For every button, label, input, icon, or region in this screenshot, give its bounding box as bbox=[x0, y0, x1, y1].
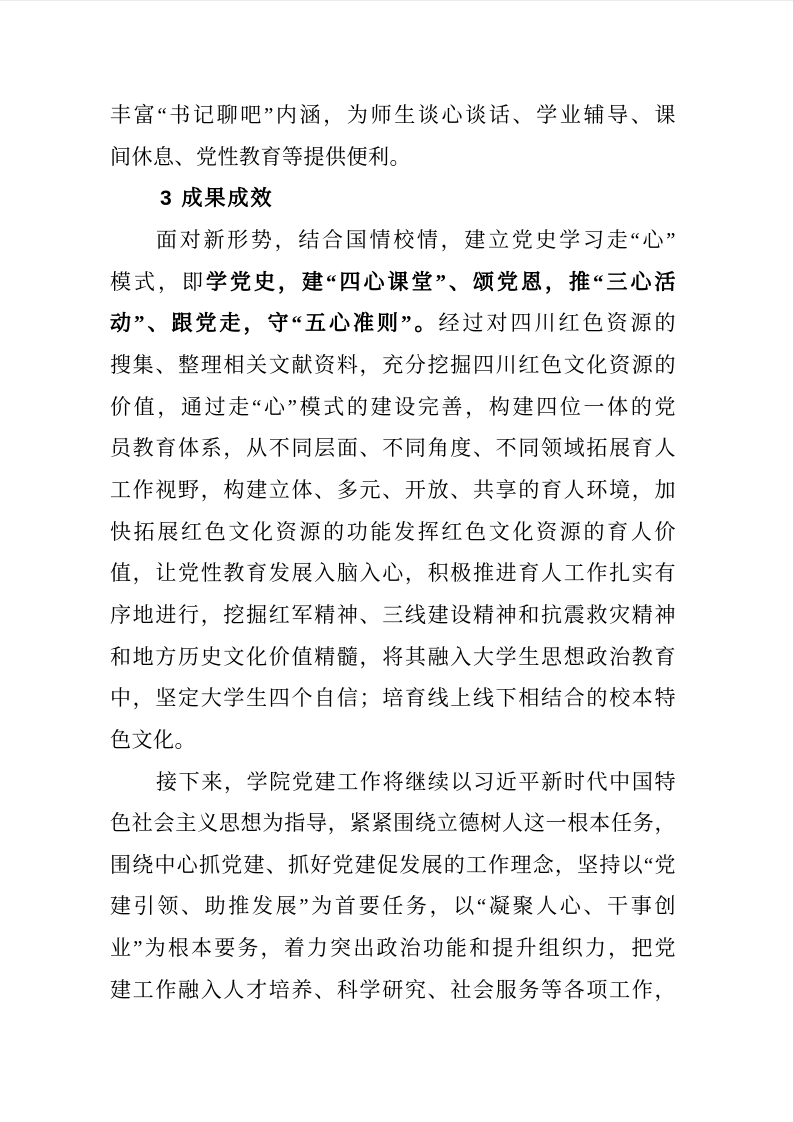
text-segment: 建引领、助推发展”为首要任务，以“凝聚人心、干事创 bbox=[110, 894, 676, 918]
text-segment: 模式，即 bbox=[110, 270, 206, 294]
text-segment: 序地进行，挖掘红军精神、三线建设精神和抗震救灾精神 bbox=[110, 603, 676, 627]
text-line: 色文化。 bbox=[110, 720, 676, 762]
text-line: 搜集、整理相关文献资料，充分挖掘四川红色文化资源的 bbox=[110, 345, 676, 387]
text-line: 面对新形势，结合国情校情，建立党史学习走“心” bbox=[110, 220, 676, 262]
text-segment: 工作视野，构建立体、多元、开放、共享的育人环境，加 bbox=[110, 478, 676, 502]
bold-text-segment: 动”、跟党走，守“五心准则”。 bbox=[110, 311, 439, 335]
section-heading-label: 3 成果成效 bbox=[160, 187, 274, 210]
text-segment: 快拓展红色文化资源的功能发挥红色文化资源的育人价 bbox=[110, 520, 676, 544]
text-segment: 间休息、党性教育等提供便利。 bbox=[110, 145, 411, 169]
text-line: 值，让党性教育发展入脑入心，积极推进育人工作扎实有 bbox=[110, 553, 676, 595]
text-line: 接下来，学院党建工作将继续以习近平新时代中国特 bbox=[110, 762, 676, 804]
text-segment: 中，坚定大学生四个自信；培育线上线下相结合的校本特 bbox=[110, 686, 676, 710]
text-segment: 面对新形势，结合国情校情，建立党史学习走“心” bbox=[156, 228, 676, 252]
text-segment: 业”为根本要务，着力突出政治功能和提升组织力，把党 bbox=[110, 936, 676, 960]
text-segment: 价值，通过走“心”模式的建设完善，构建四位一体的党 bbox=[110, 395, 676, 419]
document-page: 丰富“书记聊吧”内涵，为师生谈心谈话、学业辅导、课间休息、党性教育等提供便利。3… bbox=[0, 0, 793, 1122]
text-segment: 丰富“书记聊吧”内涵，为师生谈心谈话、学业辅导、课 bbox=[110, 103, 676, 127]
text-line: 模式，即学党史，建“四心课堂”、颂党恩，推“三心活 bbox=[110, 262, 676, 304]
text-line: 动”、跟党走，守“五心准则”。经过对四川红色资源的 bbox=[110, 303, 676, 345]
text-line: 围绕中心抓党建、抓好党建促发展的工作理念，坚持以“党 bbox=[110, 845, 676, 887]
text-line: 中，坚定大学生四个自信；培育线上线下相结合的校本特 bbox=[110, 678, 676, 720]
document-body: 丰富“书记聊吧”内涵，为师生谈心谈话、学业辅导、课间休息、党性教育等提供便利。3… bbox=[110, 95, 676, 1011]
text-segment: 建工作融入人才培养、科学研究、社会服务等各项工作， bbox=[110, 978, 676, 1002]
text-line: 和地方历史文化价值精髓，将其融入大学生思想政治教育 bbox=[110, 637, 676, 679]
text-segment: 色社会主义思想为指导，紧紧围绕立德树人这一根本任务， bbox=[110, 811, 676, 835]
text-line: 工作视野，构建立体、多元、开放、共享的育人环境，加 bbox=[110, 470, 676, 512]
text-segment: 值，让党性教育发展入脑入心，积极推进育人工作扎实有 bbox=[110, 561, 676, 585]
text-segment: 接下来，学院党建工作将继续以习近平新时代中国特 bbox=[156, 770, 676, 794]
text-line: 色社会主义思想为指导，紧紧围绕立德树人这一根本任务， bbox=[110, 803, 676, 845]
text-segment: 和地方历史文化价值精髓，将其融入大学生思想政治教育 bbox=[110, 645, 676, 669]
section-heading: 3 成果成效 bbox=[110, 178, 676, 220]
text-line: 员教育体系，从不同层面、不同角度、不同领域拓展育人 bbox=[110, 428, 676, 470]
bold-text-segment: 学党史，建“四心课堂”、颂党恩，推“三心活 bbox=[206, 270, 676, 294]
text-line: 快拓展红色文化资源的功能发挥红色文化资源的育人价 bbox=[110, 512, 676, 554]
text-line: 丰富“书记聊吧”内涵，为师生谈心谈话、学业辅导、课 bbox=[110, 95, 676, 137]
text-segment: 色文化。 bbox=[110, 728, 196, 752]
text-segment: 搜集、整理相关文献资料，充分挖掘四川红色文化资源的 bbox=[110, 353, 676, 377]
text-line: 业”为根本要务，着力突出政治功能和提升组织力，把党 bbox=[110, 928, 676, 970]
text-line: 建引领、助推发展”为首要任务，以“凝聚人心、干事创 bbox=[110, 886, 676, 928]
text-line: 序地进行，挖掘红军精神、三线建设精神和抗震救灾精神 bbox=[110, 595, 676, 637]
text-segment: 员教育体系，从不同层面、不同角度、不同领域拓展育人 bbox=[110, 436, 676, 460]
text-segment: 围绕中心抓党建、抓好党建促发展的工作理念，坚持以“党 bbox=[110, 853, 676, 877]
text-line: 间休息、党性教育等提供便利。 bbox=[110, 137, 676, 179]
text-line: 价值，通过走“心”模式的建设完善，构建四位一体的党 bbox=[110, 387, 676, 429]
text-segment: 经过对四川红色资源的 bbox=[439, 311, 677, 335]
text-line: 建工作融入人才培养、科学研究、社会服务等各项工作， bbox=[110, 970, 676, 1012]
